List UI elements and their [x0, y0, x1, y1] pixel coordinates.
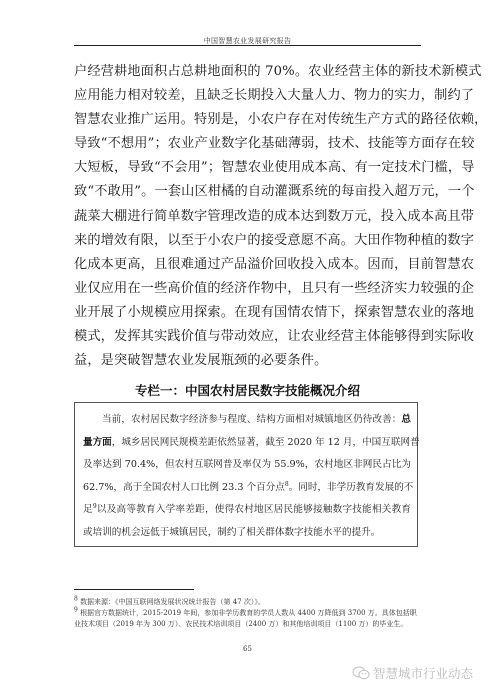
- footnote-rule: [74, 589, 194, 590]
- footnote-text: 根据官方数据统计，2015-2019 年间，参加非学历教育的学员人数从 4400…: [80, 609, 417, 617]
- sidebar-box-title: 专栏一：中国农村居民数字技能概况介绍: [74, 381, 421, 399]
- body-line: 应用能力相对较差，且缺乏长期投入大量人力、物力的实力，制约了: [74, 84, 421, 108]
- body-paragraph: 户经营耕地面积占总耕地面积的 70%。农业经营主体的新技术新模式 应用能力相对较…: [74, 60, 421, 373]
- footnote-9: 9 根据官方数据统计，2015-2019 年间，参加非学历教育的学员人数从 44…: [74, 608, 424, 619]
- footnote-9-continued: 业技术项目（2019 年为 300 万）、农民技术培训项目（2400 万）和其他…: [74, 619, 424, 630]
- watermark: 智慧城市行业动态: [352, 664, 473, 682]
- footnote-marker: 8: [74, 596, 78, 603]
- sidebar-box: 当前，农村居民数字经济参与程度、结构方面相对城镇地区仍待改善：总 量方面，城乡居…: [74, 402, 418, 547]
- box-bold-text: 总: [401, 414, 411, 425]
- box-line: 足9以及高等教育入学率差距，使得农村地区居民能够接触数字技能相关教育: [83, 499, 411, 522]
- body-line: 智慧农业推广运用。特别是，小农户存在对传统生产方式的路径依赖，: [74, 108, 421, 132]
- box-text: 。同时，非学历教育发展的不: [289, 482, 414, 493]
- body-line: 蔬菜大棚进行简单数字管理改造的成本达到数万元，投入成本高且带: [74, 205, 421, 229]
- footnote-marker: 9: [74, 607, 78, 614]
- box-text: ，城乡居民网民规模差距依然显著，截至 2020 年 12 月，中国互联网普: [112, 437, 420, 448]
- box-line: 62.7%，高于全国农村人口比例 23.3 个百分点8。同时，非学历教育发展的不: [83, 477, 411, 500]
- body-line: 导致“不想用”；农业产业数字化基础薄弱，技术、技能等方面存在较: [74, 132, 421, 156]
- box-text: 当前，农村居民数字经济参与程度、结构方面相对城镇地区仍待改善：: [102, 414, 401, 425]
- box-line: 或培训的机会远低于城镇居民，制约了相关群体数字技能水平的提升。: [83, 522, 411, 545]
- body-line: 致“不敢用”。一套山区柑橘的自动灌溉系统的每亩投入超万元，一个: [74, 180, 421, 204]
- footnote-text: 业技术项目（2019 年为 300 万）、农民技术培训项目（2400 万）和其他…: [74, 620, 407, 628]
- box-text: 足: [83, 504, 93, 515]
- body-line: 模式，发挥其实践价值与带动效应，让农业经营主体能够得到实际收: [74, 325, 421, 349]
- box-line: 及率达到 70.4%，但农村互联网普及率仅为 55.9%，农村地区非网民占比为: [83, 454, 411, 477]
- body-line: 业仅应用在一些高价值的经济作物中，且只有一些经济实力较强的企: [74, 277, 421, 301]
- footnotes: 8 数据来源：《中国互联网络发展状况统计报告（第 47 次）》。 9 根据官方数…: [74, 597, 424, 630]
- box-line: 量方面，城乡居民网民规模差距依然显著，截至 2020 年 12 月，中国互联网普: [83, 432, 411, 455]
- body-line: 大短板，导致“不会用”；智慧农业使用成本高、有一定技术门槛，导: [74, 156, 421, 180]
- box-line: 当前，农村居民数字经济参与程度、结构方面相对城镇地区仍待改善：总: [83, 409, 411, 432]
- body-line: 益，是突破智慧农业发展瓶颈的必要条件。: [74, 349, 421, 373]
- box-text: 以及高等教育入学率差距，使得农村地区居民能够接触数字技能相关教育: [97, 504, 411, 515]
- body-line: 来的增效有限，以至于小农户的接受意愿不高。大田作物种植的数字: [74, 229, 421, 253]
- box-bold-text: 量方面: [83, 437, 112, 448]
- box-text: 62.7%，高于全国农村人口比例 23.3 个百分点: [83, 482, 285, 493]
- body-line: 化成本更高，且很难通过产品溢价回收投入成本。因而，目前智慧农: [74, 253, 421, 277]
- wechat-icon: [352, 666, 370, 680]
- body-line: 业开展了小规模应用探索。在现有国情农情下，探索智慧农业的落地: [74, 301, 421, 325]
- page-number: 65: [74, 645, 421, 653]
- body-line: 户经营耕地面积占总耕地面积的 70%。农业经营主体的新技术新模式: [74, 60, 421, 84]
- header-rule: [74, 45, 421, 46]
- footnote-8: 8 数据来源：《中国互联网络发展状况统计报告（第 47 次）》。: [74, 597, 424, 608]
- watermark-text: 智慧城市行业动态: [373, 664, 473, 682]
- footnote-text: 数据来源：《中国互联网络发展状况统计报告（第 47 次）》。: [80, 598, 265, 606]
